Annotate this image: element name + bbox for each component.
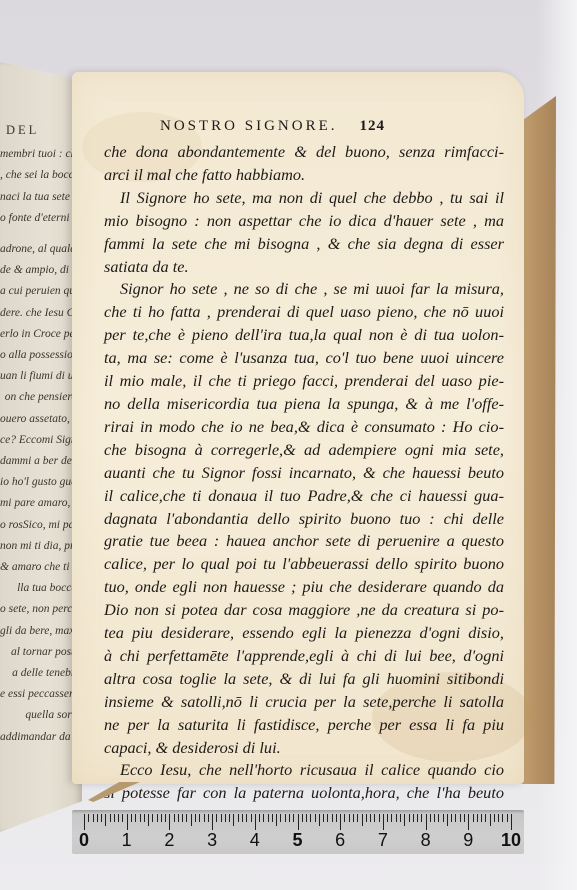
left-page-line: de & ampio, di maggior — [0, 260, 82, 281]
ruler-tick — [191, 814, 192, 826]
ruler-label: 3 — [207, 830, 217, 851]
ruler-tick — [276, 814, 277, 826]
left-page-line: uan li fiumi di uita eterna — [0, 366, 82, 387]
ruler-label: 0 — [79, 830, 89, 851]
left-page-line: dammi a ber del tuo, — [0, 451, 82, 472]
text-line: no della misericordia tua piena la spung… — [104, 393, 504, 416]
ruler-tick — [225, 814, 226, 822]
left-page-line: al tornar posta — [0, 642, 82, 663]
ruler-tick — [438, 814, 439, 822]
ruler-tick — [310, 814, 311, 822]
ruler-tick — [221, 814, 222, 822]
ruler-tick — [460, 814, 461, 822]
ruler-label: 2 — [164, 830, 174, 851]
ruler-tick — [404, 814, 405, 826]
ruler-tick — [391, 814, 392, 822]
text-line: si potesse far con la paterna uolonta,ho… — [104, 782, 504, 805]
ruler-tick — [212, 814, 213, 830]
text-line: rirai in modo che io ne bea,& dica è con… — [104, 416, 504, 439]
left-page-line: non mi ti dia, prendine — [0, 536, 82, 557]
ruler-tick — [481, 814, 482, 822]
text-line: il calice,che ti donaua il tuo Padre,& c… — [104, 485, 504, 508]
ruler-tick — [455, 814, 456, 822]
left-page-line: a delle tenebre — [0, 663, 82, 684]
text-line: satiata da te. — [104, 256, 504, 279]
ruler-tick — [88, 814, 89, 822]
ruler-tick — [110, 814, 111, 822]
ruler-tick — [114, 814, 115, 822]
ruler-tick — [417, 814, 418, 822]
left-page-line: o rosSico, mi par dolce — [0, 515, 82, 536]
left-page-line: ce? Eccomi Signor, tu ha — [0, 430, 82, 451]
text-line: dagnata l'abondantia dello spirito buono… — [104, 508, 504, 531]
left-page-line: on che pensiero. — [0, 387, 82, 408]
text-line: il mio male, il che ti priego facci, pre… — [104, 370, 504, 393]
scale-ruler: 012345678910 — [72, 810, 524, 854]
ruler-tick — [502, 814, 503, 822]
ruler-tick — [255, 814, 256, 830]
ruler-tick — [511, 814, 512, 830]
ruler-tick — [157, 814, 158, 822]
ruler-tick — [468, 814, 469, 830]
text-line: à chi perfettamēte l'apprende,egli à chi… — [104, 645, 504, 668]
text-line: Ecco Iesu, che nell'horto ricusaua il ca… — [104, 759, 504, 782]
ruler-tick — [259, 814, 260, 822]
ruler-tick — [195, 814, 196, 822]
left-page-line: o sete, non perche — [0, 599, 82, 620]
text-line: Il Signore ho sete, ma non di quel che d… — [104, 187, 504, 210]
ruler-tick — [118, 814, 119, 822]
left-page-line: addimandar da bere — [0, 727, 82, 748]
ruler-tick — [165, 814, 166, 822]
left-page-line: gli da bere, maxime — [0, 621, 82, 642]
ruler-tick — [272, 814, 273, 822]
text-line: tea piu desiderare, essendo egli la pien… — [104, 622, 504, 645]
ruler-tick — [498, 814, 499, 822]
text-line: insieme & satolli,nō li crucia per la se… — [104, 691, 504, 714]
ruler-label: 5 — [292, 830, 302, 851]
ruler-tick — [302, 814, 303, 822]
left-page-line: io ho'l gusto guasto — [0, 472, 82, 493]
ruler-tick — [357, 814, 358, 822]
left-page-line: erlo in Croce per accom- — [0, 324, 82, 345]
text-line: che bisogna à corregerle,& ad adempiere … — [104, 439, 504, 462]
ruler-tick — [263, 814, 264, 822]
ruler-tick — [289, 814, 290, 822]
text-line: tuo, onde egli non hauesse ; piu che des… — [104, 576, 504, 599]
left-page-text: DEL membri tuoi : che, che sei la bocca … — [0, 120, 82, 748]
left-running-head: DEL — [6, 120, 82, 141]
ruler-tick — [229, 814, 230, 822]
text-line: fammi la sete che mi bisogna , & che sia… — [104, 233, 504, 256]
ruler-tick — [199, 814, 200, 822]
ruler-tick — [426, 814, 427, 830]
text-line: che dona abondantemente & del buono, sen… — [104, 141, 504, 164]
ruler-tick — [101, 814, 102, 822]
left-page-line: membri tuoi : che — [0, 144, 82, 165]
ruler-tick — [293, 814, 294, 822]
left-page-line: naci la tua sete accioche — [0, 187, 82, 208]
text-line: per te,che è pieno dell'ira tua,la qual … — [104, 324, 504, 347]
text-line: altra cosa toglie la sete, & di lui fa g… — [104, 668, 504, 691]
running-head: NOSTRO SIGNORE.124 — [160, 118, 504, 138]
ruler-tick — [306, 814, 307, 822]
ruler-tick — [374, 814, 375, 822]
ruler-tick — [396, 814, 397, 822]
ruler-tick — [169, 814, 170, 830]
ruler-tick — [362, 814, 363, 826]
ruler-tick — [148, 814, 149, 826]
ruler-tick — [298, 814, 299, 830]
ruler-label: 8 — [421, 830, 431, 851]
ruler-tick — [379, 814, 380, 822]
left-page-line: o alla possessione del Pa- — [0, 345, 82, 366]
ruler-tick — [387, 814, 388, 822]
ruler-tick — [204, 814, 205, 822]
ruler-tick — [315, 814, 316, 822]
ruler-tick — [140, 814, 141, 822]
text-line: gratie tue beea : hauea anchor sete di p… — [104, 530, 504, 553]
ruler-label: 6 — [335, 830, 345, 851]
ruler-tick — [409, 814, 410, 822]
text-line: ne per la saturita li fastidisce, perche… — [104, 714, 504, 737]
text-line: che ti ho fatta , prenderai di quel uaso… — [104, 301, 504, 324]
page-number: 124 — [360, 118, 386, 134]
text-line: Dio non si potea dar cosa maggiore ,ne d… — [104, 599, 504, 622]
ruler-tick — [490, 814, 491, 826]
text-line: Signor ho sete , ne so di che , se mi uu… — [104, 278, 504, 301]
ruler-tick — [105, 814, 106, 826]
body-text: che dona abondantemente & del buono, sen… — [104, 141, 504, 805]
ruler-tick — [144, 814, 145, 822]
left-page-line: mi pare amaro, & dolce — [0, 493, 82, 514]
ruler-tick — [451, 814, 452, 822]
ruler-tick — [383, 814, 384, 830]
ruler-tick — [434, 814, 435, 822]
ruler-tick — [285, 814, 286, 822]
ruler-tick — [370, 814, 371, 822]
text-line: calice, per lo qual poi tu l'abbeuerassi… — [104, 553, 504, 576]
left-page: DEL membri tuoi : che, che sei la bocca … — [0, 62, 82, 832]
ruler-tick — [340, 814, 341, 830]
ruler-tick — [473, 814, 474, 822]
ruler-tick — [400, 814, 401, 822]
left-page-line: a cui peruien questa uo- — [0, 281, 82, 302]
left-page-line: adrone, al quale ho pro- — [0, 239, 82, 260]
ruler-tick — [233, 814, 234, 826]
ruler-label: 7 — [378, 830, 388, 851]
right-page: NOSTRO SIGNORE.124 che dona abondantemen… — [72, 72, 524, 784]
ruler-label: 10 — [501, 830, 521, 851]
text-line: ta, ma se: come è l'usanza tua, co'l tuo… — [104, 347, 504, 370]
text-line: arci il mal che fatto habbiamo. — [104, 164, 504, 187]
ruler-tick — [251, 814, 252, 822]
ruler-tick — [421, 814, 422, 822]
ruler-tick — [336, 814, 337, 822]
ruler-label: 9 — [463, 830, 473, 851]
ruler-tick — [122, 814, 123, 822]
left-page-line — [0, 229, 82, 239]
left-page-line: , che sei la bocca nostra — [0, 165, 82, 186]
ruler-tick — [366, 814, 367, 822]
ruler-tick — [280, 814, 281, 822]
ruler-tick — [430, 814, 431, 822]
ruler-tick — [323, 814, 324, 822]
ruler-tick — [178, 814, 179, 822]
text-line: auanti che tu Signor fossi incarnato, & … — [104, 462, 504, 485]
ruler-tick — [246, 814, 247, 822]
ruler-tick — [84, 814, 85, 830]
ruler-tick — [447, 814, 448, 826]
ruler-tick — [507, 814, 508, 822]
ruler-tick — [182, 814, 183, 822]
ruler-tick — [443, 814, 444, 822]
left-page-line: dere. che Iesu Christo ha — [0, 303, 82, 324]
text-line: capaci, & desiderosi di lui. — [104, 737, 504, 760]
ruler-tick — [97, 814, 98, 822]
ruler-tick — [242, 814, 243, 822]
running-head-title: NOSTRO SIGNORE. — [160, 118, 338, 134]
ruler-tick — [485, 814, 486, 822]
left-page-line: o fonte d'eterni beni. — [0, 208, 82, 229]
ruler-tick — [494, 814, 495, 822]
left-page-line: ouero assetato, & che — [0, 409, 82, 430]
ruler-tick — [174, 814, 175, 822]
left-page-line: e essi peccassero, ma — [0, 684, 82, 705]
ruler-tick — [413, 814, 414, 822]
ruler-tick — [353, 814, 354, 822]
left-page-line: & amaro che ti sono — [0, 557, 82, 578]
text-line: mio bisogno : non aspettar che io dica d… — [104, 210, 504, 233]
ruler-tick — [327, 814, 328, 822]
ruler-tick — [93, 814, 94, 822]
ruler-tick — [216, 814, 217, 822]
ruler-tick — [152, 814, 153, 822]
ruler-tick — [127, 814, 128, 830]
ruler-label: 4 — [250, 830, 260, 851]
ruler-tick — [161, 814, 162, 822]
ruler-tick — [349, 814, 350, 822]
ruler-tick — [131, 814, 132, 822]
ruler-tick — [268, 814, 269, 822]
ruler-tick — [135, 814, 136, 822]
ruler-tick — [319, 814, 320, 826]
ruler-label: 1 — [122, 830, 132, 851]
ruler-tick — [186, 814, 187, 822]
ruler-tick — [464, 814, 465, 822]
ruler-tick — [238, 814, 239, 822]
page-content: NOSTRO SIGNORE.124 che dona abondantemen… — [104, 118, 504, 805]
ruler-tick — [208, 814, 209, 822]
ruler-tick — [332, 814, 333, 822]
ruler-tick — [477, 814, 478, 822]
left-page-line: lla tua bocca. — [0, 578, 82, 599]
ruler-tick — [344, 814, 345, 822]
left-page-line: quella sorte — [0, 705, 82, 726]
